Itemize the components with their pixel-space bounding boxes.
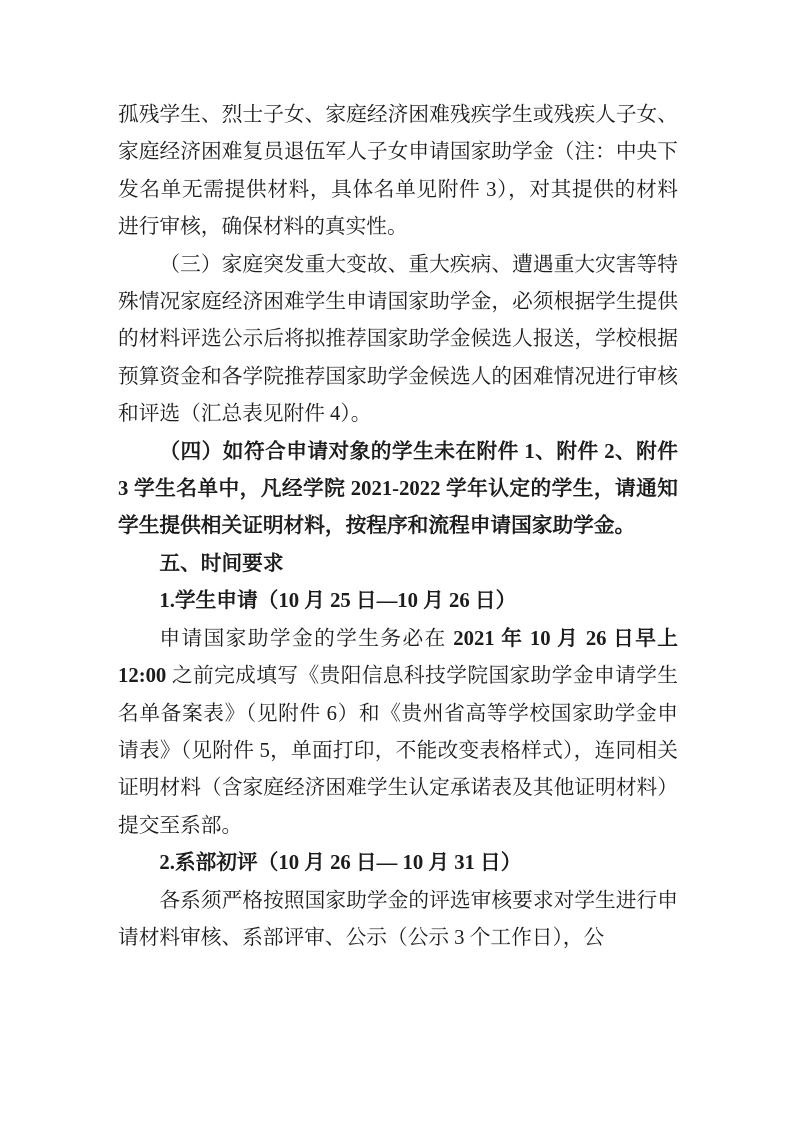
paragraph-department-review-body: 各系须严格按照国家助学金的评选审核要求对学生进行申请材料审核、系部评审、公示（公… <box>118 883 678 958</box>
paragraph-student-application-deadline: 申请国家助学金的学生务必在 2021 年 10 月 26 日早上 12:00 之… <box>118 621 678 845</box>
heading-section-five-time-requirements: 五、时间要求 <box>118 546 678 583</box>
paragraph-text: 各系须严格按照国家助学金的评选审核要求对学生进行申请材料审核、系部评审、公示（公… <box>118 890 678 949</box>
paragraph-text: 孤残学生、烈士子女、家庭经济困难残疾学生或残疾人子女、家庭经济困难复员退伍军人子… <box>118 104 678 238</box>
paragraph-continuation-review: 孤残学生、烈士子女、家庭经济困难残疾学生或残疾人子女、家庭经济困难复员退伍军人子… <box>118 97 678 247</box>
paragraph-text: 之前完成填写《贵阳信息科技学院国家助学金申请学生名单备案表》（见附件 6）和《贵… <box>118 665 678 837</box>
heading-text: 五、时间要求 <box>159 553 283 575</box>
paragraph-text: （四）如符合申请对象的学生未在附件 1、附件 2、附件 3 学生名单中，凡经学院… <box>118 441 678 538</box>
heading-step-one-student-application: 1.学生申请（10 月 25 日—10 月 26 日） <box>118 583 678 620</box>
heading-step-two-department-review: 2.系部初评（10 月 26 日— 10 月 31 日） <box>118 845 678 882</box>
paragraph-text: 申请国家助学金的学生务必在 <box>159 628 453 650</box>
paragraph-text: （三）家庭突发重大变故、重大疾病、遭遇重大灾害等特殊情况家庭经济困难学生申请国家… <box>118 254 678 426</box>
heading-text: 2.系部初评（10 月 26 日— 10 月 31 日） <box>159 852 521 874</box>
heading-text: 1.学生申请（10 月 25 日—10 月 26 日） <box>159 590 516 612</box>
paragraph-item-four: （四）如符合申请对象的学生未在附件 1、附件 2、附件 3 学生名单中，凡经学院… <box>118 434 678 546</box>
paragraph-item-three: （三）家庭突发重大变故、重大疾病、遭遇重大灾害等特殊情况家庭经济困难学生申请国家… <box>118 247 678 434</box>
document-body: 孤残学生、烈士子女、家庭经济困难残疾学生或残疾人子女、家庭经济困难复员退伍军人子… <box>118 97 678 957</box>
document-page: 孤残学生、烈士子女、家庭经济困难残疾学生或残疾人子女、家庭经济困难复员退伍军人子… <box>0 0 793 1122</box>
